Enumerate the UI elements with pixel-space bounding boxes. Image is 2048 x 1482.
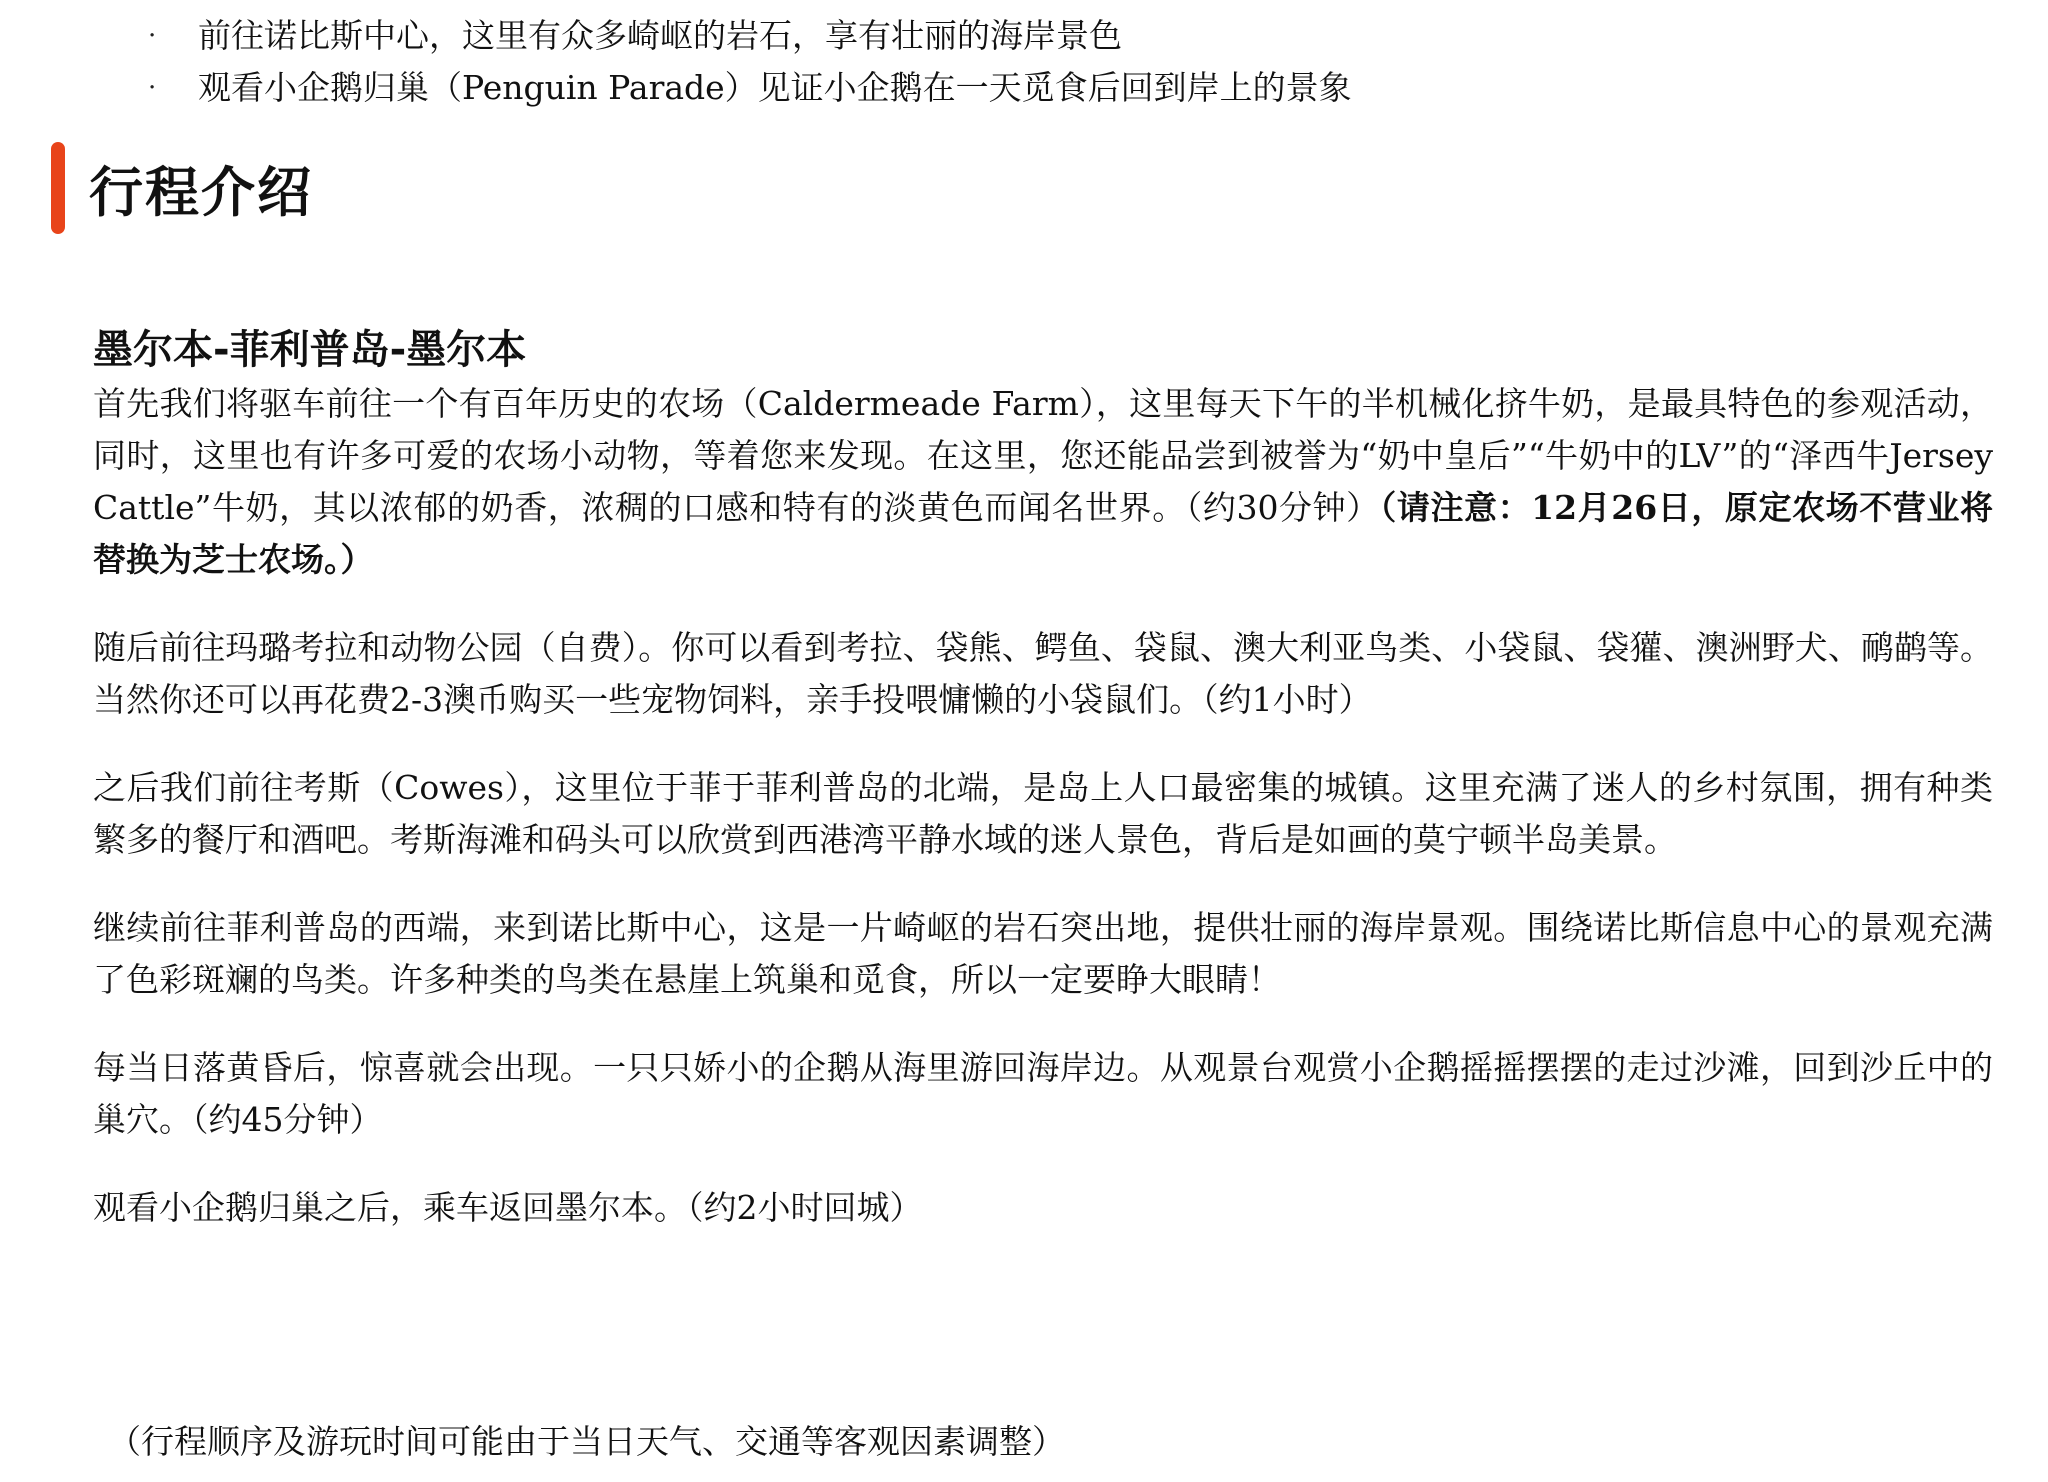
footer-note: （行程顺序及游玩时间可能由于当日天气、交通等客观因素调整）: [108, 1416, 1065, 1468]
itinerary-paragraph: 观看小企鹅归巢之后，乘车返回墨尔本。（约2小时回城）: [93, 1182, 1993, 1234]
highlight-item: · 前往诺比斯中心，这里有众多崎岖的岩石，享有壮丽的海岸景色: [140, 10, 1352, 62]
itinerary-paragraph: 首先我们将驱车前往一个有百年历史的农场（Caldermeade Farm），这里…: [93, 378, 1993, 586]
bullet-dot-icon: ·: [140, 10, 198, 62]
section-header: 行程介绍: [51, 142, 313, 234]
section-title: 行程介绍: [89, 150, 313, 227]
itinerary-paragraph: 每当日落黄昏后，惊喜就会出现。一只只娇小的企鹅从海里游回海岸边。从观景台观赏小企…: [93, 1042, 1993, 1146]
bullet-dot-icon: ·: [140, 62, 198, 114]
route-title: 墨尔本-菲利普岛-墨尔本: [93, 318, 526, 375]
itinerary-paragraph: 之后我们前往考斯（Cowes），这里位于菲于菲利普岛的北端，是岛上人口最密集的城…: [93, 762, 1993, 866]
itinerary-content: 首先我们将驱车前往一个有百年历史的农场（Caldermeade Farm），这里…: [93, 378, 1993, 1270]
itinerary-paragraph: 随后前往玛璐考拉和动物公园（自费）。你可以看到考拉、袋熊、鳄鱼、袋鼠、澳大利亚鸟…: [93, 622, 1993, 726]
itinerary-paragraph: 继续前往菲利普岛的西端，来到诺比斯中心，这是一片崎岖的岩石突出地，提供壮丽的海岸…: [93, 902, 1993, 1006]
highlight-text: 观看小企鹅归巢（Penguin Parade）见证小企鹅在一天觅食后回到岸上的景…: [198, 62, 1352, 114]
highlights-list: · 前往诺比斯中心，这里有众多崎岖的岩石，享有壮丽的海岸景色 · 观看小企鹅归巢…: [140, 10, 1352, 114]
highlight-text: 前往诺比斯中心，这里有众多崎岖的岩石，享有壮丽的海岸景色: [198, 10, 1122, 62]
section-accent-bar: [51, 142, 65, 234]
highlight-item: · 观看小企鹅归巢（Penguin Parade）见证小企鹅在一天觅食后回到岸上…: [140, 62, 1352, 114]
